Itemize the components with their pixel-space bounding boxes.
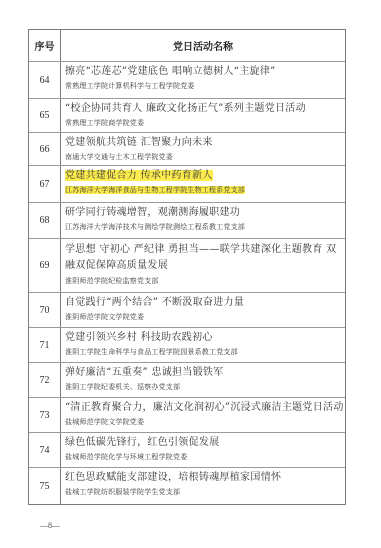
organization-name: 淮阴师范学院纪检监察党支部	[65, 274, 345, 288]
organization-name-text: 盐城师范学院化学与环境工程学院党委	[65, 453, 187, 461]
table-row: 75红色思政赋能支部建设，培根铸魂厚植家国情怀盐城工学院纺织服装学院学生党支部	[29, 468, 345, 504]
row-content: 党建引领兴乡村 科技助农践初心淮阴工学院生命科学与食品工程学院园景系教工党支部	[61, 328, 345, 362]
organization-name-text: 盐城师范学院文学院党委	[65, 418, 144, 426]
organization-name: 江苏海洋大学海洋食品与生物工程学院生物工程系党支部	[65, 183, 345, 197]
row-number: 67	[29, 166, 61, 202]
activity-title-text: 党建领航共筑链 汇智聚力向未来	[65, 137, 213, 148]
table-row: 65“校企协同共育人 廉政文化扬正气”系列主题党日活动常熟理工学院商学院党委	[29, 99, 345, 133]
row-number: 68	[29, 203, 61, 238]
row-content: 自觉践行“两个结合” 不断汲取奋进力量淮阴师范学院文学院党委	[61, 293, 345, 327]
organization-name-text: 淮阴师范学院文学院党委	[65, 313, 144, 321]
row-content: 弹好廉洁“五重奏” 忠诚担当锻铁军淮阴工学院纪委机关、巡察办党支部	[61, 363, 345, 397]
row-number: 73	[29, 398, 61, 432]
organization-name: 江苏海洋大学海洋技术与测绘学院测绘工程系教工党支部	[65, 220, 345, 234]
activity-title-text: 学思想 守初心 严纪律 勇担当——联学共建深化主题教育 双融双促保障高质量发展	[65, 244, 336, 271]
organization-name-text: 常熟理工学院商学院党委	[65, 119, 144, 127]
organization-name: 常熟理工学院商学院党委	[65, 116, 345, 130]
activity-title-text: “校企协同共育人 廉政文化扬正气”系列主题党日活动	[65, 103, 306, 114]
organization-name-text: 常熟理工学院计算机科学与工程学院党委	[65, 82, 195, 90]
organization-name-text: 淮阴工学院纪委机关、巡察办党支部	[65, 383, 180, 391]
activity-title-text: 党建共建促合力 传承中药育新人	[65, 170, 213, 181]
organization-name: 盐城工学院纺织服装学院学生党支部	[65, 485, 345, 499]
row-content: 党建共建促合力 传承中药育新人江苏海洋大学海洋食品与生物工程学院生物工程系党支部	[61, 166, 345, 202]
organization-name-text: 淮阴工学院生命科学与食品工程学院园景系教工党支部	[65, 348, 238, 356]
row-number: 75	[29, 468, 61, 504]
table-row: 69学思想 守初心 严纪律 勇担当——联学共建深化主题教育 双融双促保障高质量发…	[29, 239, 345, 293]
organization-name-text: 盐城工学院纺织服装学院学生党支部	[65, 488, 180, 496]
row-content: “清正教育聚合力，廉洁文化润初心”沉浸式廉洁主题党日活动盐城师范学院文学院党委	[61, 398, 345, 432]
activity-title-text: 红色思政赋能支部建设，培根铸魂厚植家国情怀	[65, 472, 281, 483]
row-content: 擦亮“芯莲芯”党建底色 唱响立德树人“主旋律”常熟理工学院计算机科学与工程学院党…	[61, 62, 345, 98]
row-content: 红色思政赋能支部建设，培根铸魂厚植家国情怀盐城工学院纺织服装学院学生党支部	[61, 468, 345, 504]
activity-title: 擦亮“芯莲芯”党建底色 唱响立德树人“主旋律”	[65, 65, 345, 79]
organization-name-text: 江苏海洋大学海洋食品与生物工程学院生物工程系党支部	[65, 186, 245, 194]
activity-title: 绿色低碳先锋行，红色引领促发展	[65, 436, 345, 450]
organization-name: 常熟理工学院计算机科学与工程学院党委	[65, 79, 345, 93]
activity-title: 党建引领兴乡村 科技助农践初心	[65, 331, 345, 345]
organization-name-text: 淮阴师范学院纪检监察党支部	[65, 277, 159, 285]
activity-title-text: 绿色低碳先锋行，红色引领促发展	[65, 437, 220, 448]
organization-name-text: 南通大学交通与土木工程学院党委	[65, 153, 173, 161]
activity-title: “校企协同共育人 廉政文化扬正气”系列主题党日活动	[65, 102, 345, 116]
activity-title-text: 自觉践行“两个结合” 不断汲取奋进力量	[65, 297, 244, 308]
organization-name: 淮阴工学院纪委机关、巡察办党支部	[65, 380, 345, 394]
activity-title-text: 研学同行铸魂增智，观潮测海履职建功	[65, 207, 240, 218]
activity-title: 自觉践行“两个结合” 不断汲取奋进力量	[65, 296, 345, 310]
row-number: 69	[29, 239, 61, 292]
row-number: 74	[29, 433, 61, 467]
row-number: 64	[29, 62, 61, 98]
organization-name: 盐城师范学院化学与环境工程学院党委	[65, 450, 345, 464]
row-content: 绿色低碳先锋行，红色引领促发展盐城师范学院化学与环境工程学院党委	[61, 433, 345, 467]
activity-title: 学思想 守初心 严纪律 勇担当——联学共建深化主题教育 双融双促保障高质量发展	[65, 242, 345, 274]
row-content: “校企协同共育人 廉政文化扬正气”系列主题党日活动常熟理工学院商学院党委	[61, 99, 345, 132]
table-row: 68研学同行铸魂增智，观潮测海履职建功江苏海洋大学海洋技术与测绘学院测绘工程系教…	[29, 203, 345, 239]
activity-title: 党建共建促合力 传承中药育新人	[65, 169, 345, 183]
party-activity-table: 序号 党日活动名称 64擦亮“芯莲芯”党建底色 唱响立德树人“主旋律”常熟理工学…	[28, 29, 346, 505]
row-content: 研学同行铸魂增智，观潮测海履职建功江苏海洋大学海洋技术与测绘学院测绘工程系教工党…	[61, 203, 345, 238]
table-row: 70自觉践行“两个结合” 不断汲取奋进力量淮阴师范学院文学院党委	[29, 293, 345, 328]
organization-name: 淮阴师范学院文学院党委	[65, 310, 345, 324]
table-row: 66党建领航共筑链 汇智聚力向未来南通大学交通与土木工程学院党委	[29, 133, 345, 166]
row-number: 72	[29, 363, 61, 397]
table-row: 74绿色低碳先锋行，红色引领促发展盐城师范学院化学与环境工程学院党委	[29, 433, 345, 468]
activity-title-text: 弹好廉洁“五重奏” 忠诚担当锻铁军	[65, 367, 224, 378]
activity-title-text: 擦亮“芯莲芯”党建底色 唱响立德树人“主旋律”	[65, 66, 276, 77]
activity-title: 研学同行铸魂增智，观潮测海履职建功	[65, 206, 345, 220]
organization-name: 淮阴工学院生命科学与食品工程学院园景系教工党支部	[65, 345, 345, 359]
organization-name: 南通大学交通与土木工程学院党委	[65, 150, 345, 164]
organization-name: 盐城师范学院文学院党委	[65, 415, 345, 429]
table-row: 73“清正教育聚合力，廉洁文化润初心”沉浸式廉洁主题党日活动盐城师范学院文学院党…	[29, 398, 345, 433]
page-number: —8—	[40, 521, 60, 530]
activity-title-text: “清正教育聚合力，廉洁文化润初心”沉浸式廉洁主题党日活动	[65, 402, 344, 413]
row-number: 65	[29, 99, 61, 132]
organization-name-text: 江苏海洋大学海洋技术与测绘学院测绘工程系教工党支部	[65, 223, 245, 231]
row-content: 学思想 守初心 严纪律 勇担当——联学共建深化主题教育 双融双促保障高质量发展淮…	[61, 239, 345, 292]
table-row: 71党建引领兴乡村 科技助农践初心淮阴工学院生命科学与食品工程学院园景系教工党支…	[29, 328, 345, 363]
row-number: 66	[29, 133, 61, 165]
table-row: 67党建共建促合力 传承中药育新人江苏海洋大学海洋食品与生物工程学院生物工程系党…	[29, 166, 345, 203]
header-activity-name: 党日活动名称	[61, 30, 345, 61]
row-number: 71	[29, 328, 61, 362]
activity-title-text: 党建引领兴乡村 科技助农践初心	[65, 332, 213, 343]
activity-title: 弹好廉洁“五重奏” 忠诚担当锻铁军	[65, 366, 345, 380]
row-content: 党建领航共筑链 汇智聚力向未来南通大学交通与土木工程学院党委	[61, 133, 345, 165]
table-row: 72弹好廉洁“五重奏” 忠诚担当锻铁军淮阴工学院纪委机关、巡察办党支部	[29, 363, 345, 398]
activity-title: 红色思政赋能支部建设，培根铸魂厚植家国情怀	[65, 471, 345, 485]
activity-title: “清正教育聚合力，廉洁文化润初心”沉浸式廉洁主题党日活动	[65, 401, 345, 415]
activity-title: 党建领航共筑链 汇智聚力向未来	[65, 136, 345, 150]
table-row: 64擦亮“芯莲芯”党建底色 唱响立德树人“主旋律”常熟理工学院计算机科学与工程学…	[29, 62, 345, 99]
table-body: 64擦亮“芯莲芯”党建底色 唱响立德树人“主旋律”常熟理工学院计算机科学与工程学…	[29, 62, 345, 504]
table-header-row: 序号 党日活动名称	[29, 30, 345, 62]
row-number: 70	[29, 293, 61, 327]
header-number: 序号	[29, 30, 61, 61]
